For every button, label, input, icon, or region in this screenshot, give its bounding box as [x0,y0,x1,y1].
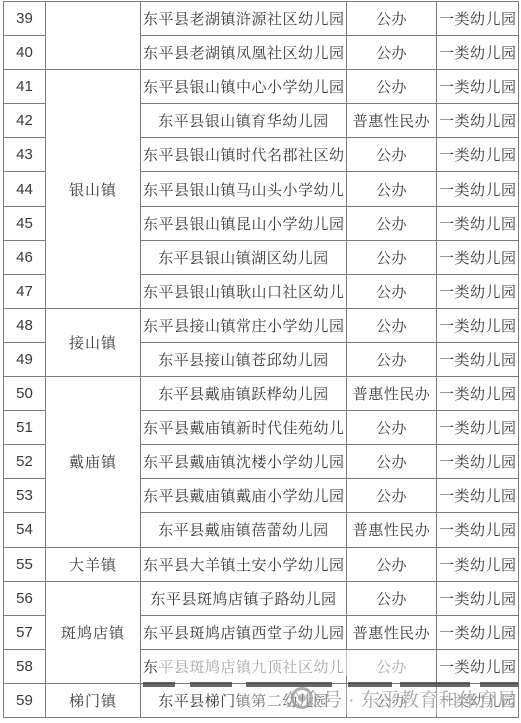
row-number-cell: 51 [4,411,46,445]
type-cell: 公办 [347,308,437,342]
type-cell: 公办 [347,240,437,274]
row-number-cell: 43 [4,138,46,172]
grade-cell: 一类幼儿园 [437,342,519,376]
row-number-cell: 47 [4,274,46,308]
grade-cell: 一类幼儿园 [437,547,519,581]
type-cell: 普惠性民办 [347,377,437,411]
type-cell: 公办 [347,479,437,513]
grade-cell: 一类幼儿园 [437,172,519,206]
row-number-cell: 46 [4,240,46,274]
town-cell: 斑鸠店镇 [46,581,141,683]
kindergarten-name-cell: 东平县银山镇中心小学幼儿园 [141,70,347,104]
row-number-cell: 49 [4,342,46,376]
kindergarten-name-cell: 东平县戴庙镇跃桦幼儿园 [141,377,347,411]
kindergarten-name-cell: 东平县银山镇时代名郡社区幼儿园 [141,138,347,172]
grade-cell: 一类幼儿园 [437,615,519,649]
row-number-cell: 42 [4,104,46,138]
type-cell: 公办 [347,2,437,36]
type-cell: 公办 [347,547,437,581]
type-cell: 普惠性民办 [347,615,437,649]
grade-cell: 一类幼儿园 [437,138,519,172]
kindergarten-name-cell: 东平县戴庙镇蓓蕾幼儿园 [141,513,347,547]
row-number-cell: 55 [4,547,46,581]
type-cell: 公办 [347,683,437,717]
table-row: 39 东平县老湖镇浒源社区幼儿园 公办 一类幼儿园 [4,2,519,36]
kindergarten-name-cell: 东平县银山镇湖区幼儿园 [141,240,347,274]
row-number-cell: 40 [4,36,46,70]
type-cell: 公办 [347,36,437,70]
kindergarten-name-cell: 东平县戴庙镇新时代佳苑幼儿园 [141,411,347,445]
kindergarten-table: 39 东平县老湖镇浒源社区幼儿园 公办 一类幼儿园 40 东平县老湖镇凤凰社区幼… [3,1,519,718]
document-page: 39 东平县老湖镇浒源社区幼儿园 公办 一类幼儿园 40 东平县老湖镇凤凰社区幼… [0,0,521,723]
kindergarten-name-cell: 东平县老湖镇浒源社区幼儿园 [141,2,347,36]
type-cell: 公办 [347,649,437,683]
kindergarten-name-cell: 东平县接山镇常庄小学幼儿园 [141,308,347,342]
town-cell: 戴庙镇 [46,377,141,547]
kindergarten-name-cell: 东平县银山镇耿山口社区幼儿园 [141,274,347,308]
row-number-cell: 56 [4,581,46,615]
row-number-cell: 54 [4,513,46,547]
type-cell: 公办 [347,206,437,240]
grade-cell: 一类幼儿园 [437,479,519,513]
grade-cell: 一类幼儿园 [437,240,519,274]
row-number-cell: 41 [4,70,46,104]
row-number-cell: 50 [4,377,46,411]
town-cell: 大羊镇 [46,547,141,581]
grade-cell: 一类幼儿园 [437,206,519,240]
row-number-cell: 52 [4,445,46,479]
kindergarten-name-cell: 东平县银山镇昆山小学幼儿园 [141,206,347,240]
table-row: 59 梯门镇东平县梯门镇第二幼儿园 公办 一类幼儿园 [4,683,519,717]
type-cell: 公办 [347,581,437,615]
row-number-cell: 57 [4,615,46,649]
type-cell: 公办 [347,172,437,206]
grade-cell: 一类幼儿园 [437,513,519,547]
table-row: 41 银山镇东平县银山镇中心小学幼儿园 公办 一类幼儿园 [4,70,519,104]
grade-cell: 一类幼儿园 [437,411,519,445]
kindergarten-name-cell: 东平县银山镇育华幼儿园 [141,104,347,138]
kindergarten-name-cell: 东平县梯门镇第二幼儿园 [141,683,347,717]
grade-cell: 一类幼儿园 [437,581,519,615]
town-cell: 银山镇 [46,70,141,309]
kindergarten-name-cell: 东平县斑鸠店镇子路幼儿园 [141,581,347,615]
grade-cell: 一类幼儿园 [437,70,519,104]
kindergarten-table-body: 39 东平县老湖镇浒源社区幼儿园 公办 一类幼儿园 40 东平县老湖镇凤凰社区幼… [4,2,519,718]
row-number-cell: 53 [4,479,46,513]
grade-cell: 一类幼儿园 [437,104,519,138]
table-row: 56 斑鸠店镇东平县斑鸠店镇子路幼儿园 公办 一类幼儿园 [4,581,519,615]
table-row: 50 戴庙镇东平县戴庙镇跃桦幼儿园 普惠性民办 一类幼儿园 [4,377,519,411]
grade-cell: 一类幼儿园 [437,377,519,411]
town-cell [46,2,141,70]
type-cell: 公办 [347,411,437,445]
type-cell: 公办 [347,342,437,376]
kindergarten-name-cell: 东平县银山镇马山头小学幼儿园 [141,172,347,206]
grade-cell: 一类幼儿园 [437,649,519,683]
row-number-cell: 58 [4,649,46,683]
kindergarten-name-cell: 东平县斑鸠店镇九顶社区幼儿园 [141,649,347,683]
grade-cell: 一类幼儿园 [437,308,519,342]
grade-cell: 一类幼儿园 [437,2,519,36]
grade-cell: 一类幼儿园 [437,36,519,70]
kindergarten-name-cell: 东平县斑鸠店镇西堂子幼儿园 [141,615,347,649]
kindergarten-name-cell: 东平县戴庙镇戴庙小学幼儿园 [141,479,347,513]
kindergarten-name-cell: 东平县戴庙镇沈楼小学幼儿园 [141,445,347,479]
type-cell: 公办 [347,70,437,104]
grade-cell: 一类幼儿园 [437,274,519,308]
row-number-cell: 45 [4,206,46,240]
row-number-cell: 39 [4,2,46,36]
table-row: 55 大羊镇东平县大羊镇土安小学幼儿园 公办 一类幼儿园 [4,547,519,581]
type-cell: 公办 [347,274,437,308]
town-cell: 接山镇 [46,308,141,376]
row-number-cell: 44 [4,172,46,206]
kindergarten-name-cell: 东平县老湖镇凤凰社区幼儿园 [141,36,347,70]
type-cell: 公办 [347,138,437,172]
grade-cell: 一类幼儿园 [437,683,519,717]
type-cell: 普惠性民办 [347,513,437,547]
grade-cell: 一类幼儿园 [437,445,519,479]
kindergarten-name-cell: 东平县大羊镇土安小学幼儿园 [141,547,347,581]
row-number-cell: 59 [4,683,46,717]
type-cell: 公办 [347,445,437,479]
row-number-cell: 48 [4,308,46,342]
kindergarten-name-cell: 东平县接山镇苍邱幼儿园 [141,342,347,376]
town-cell: 梯门镇 [46,683,141,717]
table-row: 48 接山镇东平县接山镇常庄小学幼儿园 公办 一类幼儿园 [4,308,519,342]
type-cell: 普惠性民办 [347,104,437,138]
